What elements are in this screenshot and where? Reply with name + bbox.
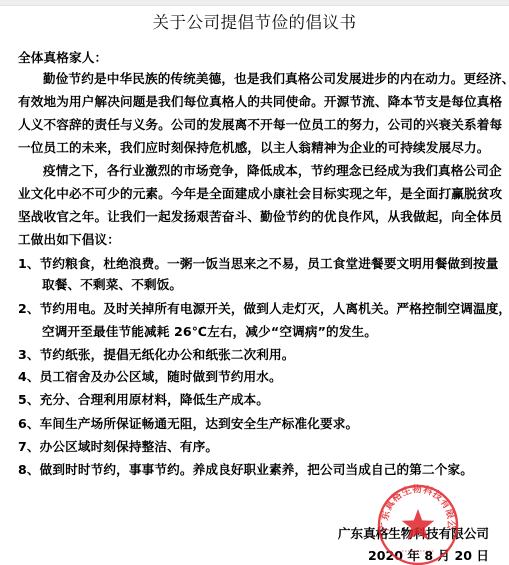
paragraph-line: 勤俭节约是中华民族的传统美德，也是我们真格公司发展进步的内在动力。更经济、 bbox=[43, 71, 509, 87]
paragraph-line: 坚战收官之年。让我们一起发扬艰苦奋斗、勤俭节约的优良作风，从我做起，向全体员 bbox=[18, 209, 502, 225]
star-icon bbox=[402, 509, 435, 540]
proposal-item-1-cont: 取餐、不剩菜、不剩饭。 bbox=[42, 277, 182, 293]
page-title: 关于公司提倡节俭的倡议书 bbox=[0, 9, 509, 33]
paragraph-line: 人义不容辞的责任与义务。公司的发展离不开每一位员工的努力，公司的兴衰关系着每 bbox=[18, 117, 502, 133]
proposal-item-5: 5、充分、合理利用原材料，降低生产成本。 bbox=[18, 392, 269, 408]
proposal-item-2-cont: 空调开至最佳节能减耗 26℃左右，减少“空调病”的发生。 bbox=[42, 324, 377, 340]
document-page: 关于公司提倡节俭的倡议书 全体真格家人： 勤俭节约是中华民族的传统美德，也是我们… bbox=[0, 0, 509, 565]
company-seal-stamp: 广东真格生物科技有限公司 bbox=[376, 483, 460, 565]
paragraph-line: 业文化中必不可少的元素。今年是全面建成小康社会目标实现之年，是全面打赢脱贫攻 bbox=[18, 186, 502, 202]
paragraph-line: 有效地为用户解决问题是我们每位真格人的共同使命。开源节流、降本节支是每位真格 bbox=[18, 94, 502, 110]
paragraph-line: 工做出如下倡议： bbox=[18, 232, 120, 248]
proposal-item-6: 6、车间生产场所保证畅通无阻，达到安全生产标准化要求。 bbox=[18, 416, 358, 432]
paragraph-line: 疫情之下，各行业激烈的市场竞争，降低成本，节约理念已经成为我们真格公司企 bbox=[43, 163, 502, 179]
proposal-item-3: 3、节约纸张，提倡无纸化办公和纸张二次利用。 bbox=[18, 347, 295, 363]
proposal-item-8: 8、做到时时节约，事事节约。养成良好职业素养，把公司当成自己的第二个家。 bbox=[18, 462, 473, 478]
proposal-item-7: 7、办公区域时刻保持整洁、有序。 bbox=[18, 439, 218, 455]
proposal-item-1: 1、节约粮食，杜绝浪费。一粥一饭当思来之不易，员工食堂进餐要文明用餐做到按量 bbox=[18, 256, 498, 272]
paragraph-line: 一位员工的未来，我们应时刻保持危机感，以主人翁精神为企业的可持续发展尽力。 bbox=[18, 140, 490, 156]
proposal-item-4: 4、员工宿舍及办公区域，随时做到节约用水。 bbox=[18, 369, 282, 385]
proposal-item-2: 2、节约用电。及时关掉所有电源开关，做到人走灯灭，人离机关。严格控制空调温度， bbox=[18, 301, 509, 317]
salutation: 全体真格家人： bbox=[18, 50, 107, 66]
